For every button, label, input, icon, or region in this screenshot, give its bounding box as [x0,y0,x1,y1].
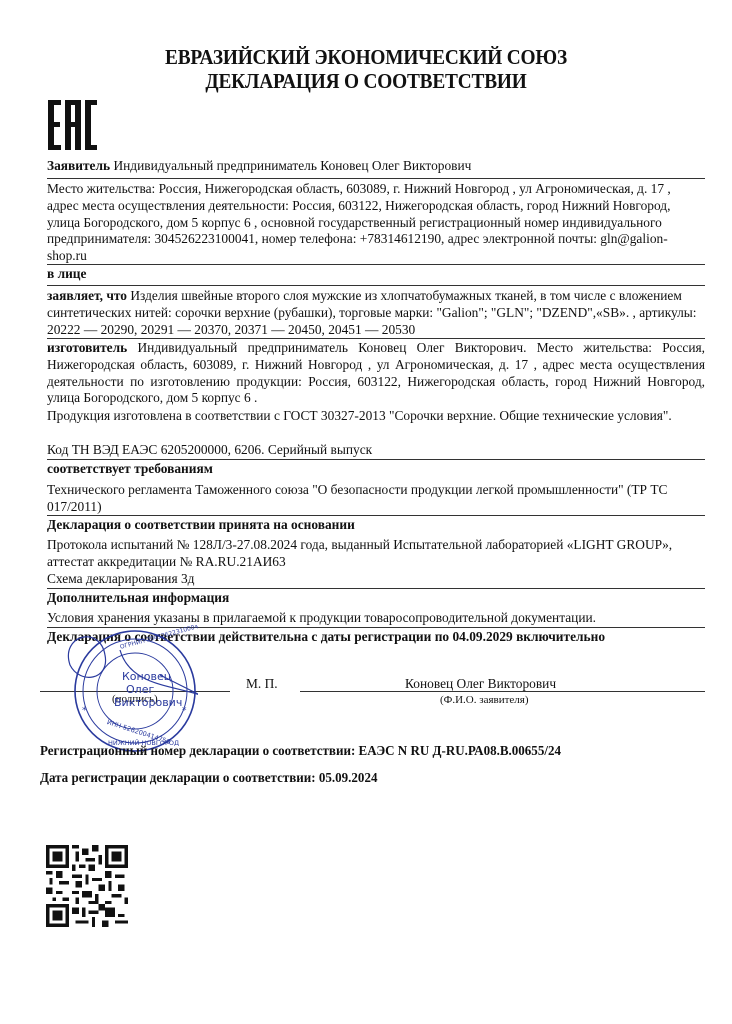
divider [47,178,705,179]
declares-label: заявляет, что [47,288,127,303]
company-stamp-icon: Коновец Олег Викторович ИНН 526200414750… [60,625,198,755]
svg-text:*: * [82,706,87,716]
additional-info-row: Дополнительная информация [47,590,705,607]
complies-label: соответствует требованиям [47,461,213,476]
svg-text:ОГРНИП 304526223100041: ОГРНИП 304526223100041 [119,625,198,651]
declaration-scheme: Схема декларирования 3д [47,571,705,588]
registration-number: Регистрационный номер декларации о соотв… [40,744,561,760]
manufacturer-label: изготовитель [47,340,127,355]
additional-info-label: Дополнительная информация [47,590,229,605]
manufacturer-standard: Продукция изготовлена в соответствии с Г… [47,408,705,425]
in-person-row: в лице [47,266,705,283]
svg-text:*: * [182,706,187,716]
applicant-row: Заявитель Индивидуальный предприниматель… [47,158,705,175]
manufacturer-row: изготовитель Индивидуальный предпринимат… [47,340,705,407]
svg-text:Олег: Олег [126,683,154,696]
name-line [300,691,705,692]
divider [47,264,705,265]
applicant-label: Заявитель [47,158,110,173]
regulation-text: Технического регламента Таможенного союз… [47,482,705,516]
svg-text:Викторович: Викторович [114,696,182,709]
seal-place-label: М. П. [246,676,278,692]
basis-label: Декларация о соответствии принята на осн… [47,517,355,532]
registration-date: Дата регистрации декларации о соответств… [40,771,377,787]
divider [47,338,705,339]
qr-code-icon[interactable] [46,845,128,927]
name-caption: (Ф.И.О. заявителя) [440,694,529,706]
declares-row: заявляет, что Изделия швейные второго сл… [47,288,705,338]
manufacturer-value: Индивидуальный предприниматель Коновец О… [47,340,705,405]
eac-mark-icon [45,100,95,150]
in-person-label: в лице [47,266,86,281]
complies-row: соответствует требованиям [47,461,705,478]
divider [47,459,705,460]
svg-text:Коновец: Коновец [122,670,171,683]
test-protocol: Протокола испытаний № 128Л/3-27.08.2024 … [47,537,705,571]
divider [47,588,705,589]
applicant-value: Индивидуальный предприниматель Коновец О… [113,158,471,173]
divider [47,515,705,516]
tnved-code: Код ТН ВЭД ЕАЭС 6205200000, 6206. Серийн… [47,442,705,459]
union-title: ЕВРАЗИЙСКИЙ ЭКОНОМИЧЕСКИЙ СОЮЗ [29,45,702,69]
applicant-full-name: Коновец Олег Викторович [405,676,556,692]
applicant-details: Место жительства: Россия, Нижегородская … [47,181,705,265]
divider [47,285,705,286]
declaration-title: ДЕКЛАРАЦИЯ О СООТВЕТСТВИИ [29,69,702,93]
product-description: Изделия швейные второго слоя мужские из … [47,288,697,337]
basis-row: Декларация о соответствии принята на осн… [47,517,705,534]
